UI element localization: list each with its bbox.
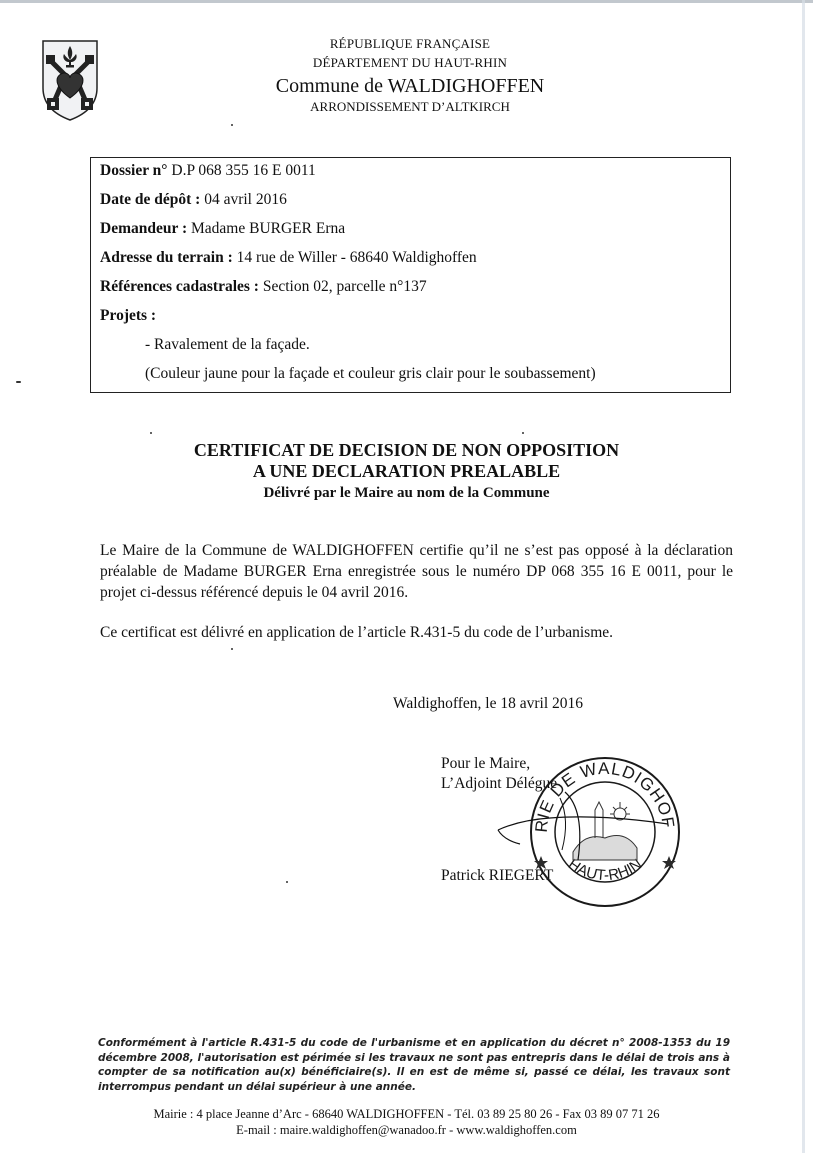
footer-contact: Mairie : 4 place Jeanne d’Arc - 68640 WA…: [0, 1106, 813, 1138]
scan-edge-right: [802, 0, 805, 1153]
mairie-email-website[interactable]: E-mail : maire.waldighoffen@wanadoo.fr -…: [0, 1122, 813, 1138]
mairie-address: Mairie : 4 place Jeanne d’Arc - 68640 WA…: [0, 1106, 813, 1122]
commune-name: Commune de WALDIGHOFFEN: [230, 73, 590, 99]
projects-row: Projets :: [100, 306, 156, 326]
address-label: Adresse du terrain :: [100, 249, 233, 266]
deposit-date-value: 04 avril 2016: [200, 191, 287, 208]
scan-speck: [150, 432, 152, 434]
address-row: Adresse du terrain : 14 rue de Willer - …: [100, 248, 477, 268]
certificate-title-line2: A UNE DECLARATION PREALABLE: [0, 461, 813, 482]
project-item: - Ravalement de la façade.: [145, 335, 310, 355]
coat-of-arms-icon: [40, 38, 100, 122]
place-and-date: Waldighoffen, le 18 avril 2016: [393, 695, 583, 713]
applicant-value: Madame BURGER Erna: [187, 220, 345, 237]
letterhead: RÉPUBLIQUE FRANÇAISE DÉPARTEMENT DU HAUT…: [230, 34, 590, 114]
arrondissement-label: ARRONDISSEMENT D’ALTKIRCH: [230, 99, 590, 114]
applicant-label: Demandeur :: [100, 220, 187, 237]
cadastral-value: Section 02, parcelle n°137: [259, 278, 427, 295]
scan-edge-top: [0, 0, 813, 3]
dossier-number-row: Dossier n° D.P 068 355 16 E 0011: [100, 161, 316, 181]
scan-speck: [522, 432, 524, 434]
cadastral-label: Références cadastrales :: [100, 278, 259, 295]
certification-paragraph: Le Maire de la Commune de WALDIGHOFFEN c…: [100, 540, 733, 603]
scan-speck: [231, 124, 233, 126]
certificate-title-block: CERTIFICAT DE DECISION DE NON OPPOSITION…: [0, 440, 813, 504]
scan-speck: [231, 648, 233, 650]
deposit-date-label: Date de dépôt :: [100, 191, 200, 208]
project-detail: (Couleur jaune pour la façade et couleur…: [145, 364, 596, 384]
scan-speck: [16, 381, 21, 383]
dossier-number-value: D.P 068 355 16 E 0011: [168, 162, 316, 179]
projects-label: Projets :: [100, 307, 156, 324]
deposit-date-row: Date de dépôt : 04 avril 2016: [100, 190, 287, 210]
legal-basis-paragraph: Ce certificat est délivré en application…: [100, 622, 733, 643]
handwritten-signature: [490, 790, 670, 870]
legal-notice: Conformément à l'article R.431-5 du code…: [98, 1036, 730, 1094]
department-label: DÉPARTEMENT DU HAUT-RHIN: [230, 53, 590, 72]
scan-speck: [286, 881, 288, 883]
for-mayor-label: Pour le Maire,: [441, 754, 530, 774]
dossier-number-label: Dossier n°: [100, 162, 168, 179]
cadastral-row: Références cadastrales : Section 02, par…: [100, 277, 427, 297]
address-value: 14 rue de Willer - 68640 Waldighoffen: [233, 249, 477, 266]
certificate-subtitle: Délivré par le Maire au nom de la Commun…: [0, 482, 813, 504]
republic-label: RÉPUBLIQUE FRANÇAISE: [230, 34, 590, 53]
applicant-row: Demandeur : Madame BURGER Erna: [100, 219, 345, 239]
dossier-info-box: Dossier n° D.P 068 355 16 E 0011 Date de…: [90, 157, 731, 393]
certificate-title: CERTIFICAT DE DECISION DE NON OPPOSITION: [0, 440, 813, 461]
